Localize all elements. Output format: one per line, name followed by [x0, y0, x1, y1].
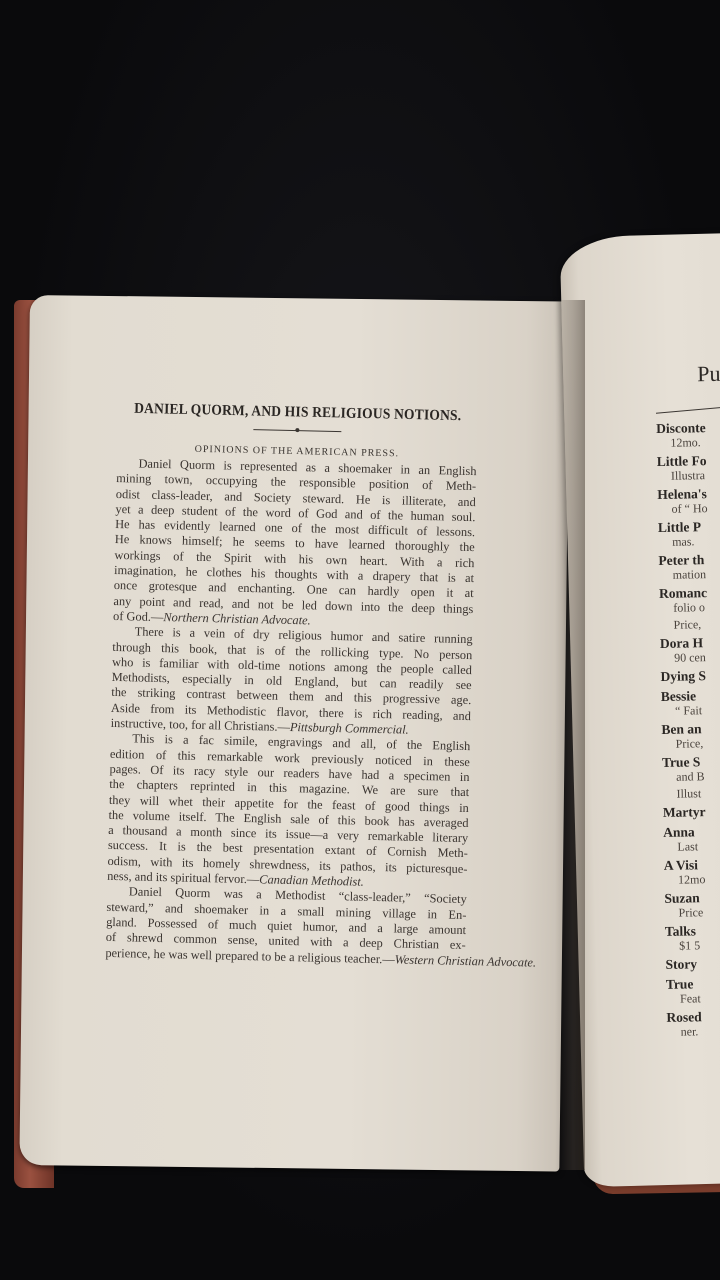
- book-list-entry: Dora H90 cen: [660, 635, 720, 665]
- entry-detail: ner.: [667, 1025, 720, 1039]
- entry-title: Rosed: [666, 1009, 720, 1026]
- book-list-entry: Story: [665, 956, 720, 973]
- citation-source: Pittsburgh Commercial.: [290, 720, 409, 737]
- entry-detail: Feat: [666, 992, 720, 1006]
- entry-detail: 90 cen: [660, 651, 720, 665]
- book-list-entry: Little FoIllustra: [657, 453, 720, 483]
- book-list-entry: Little Pmas.: [658, 519, 720, 549]
- entry-title: True: [666, 976, 720, 993]
- book-list-entry: Rosedner.: [666, 1009, 720, 1039]
- book-list-entry: Peter thmation: [658, 552, 720, 582]
- entry-detail: Price,: [662, 737, 720, 751]
- entry-detail: folio o: [659, 601, 720, 615]
- photo-scene: DANIEL QUORM, AND HIS RELIGIOUS NOTIONS.…: [0, 0, 720, 1280]
- entry-detail: “ Fait: [661, 704, 720, 718]
- entry-title: True S: [662, 754, 720, 771]
- book-list: Disconte12mo.Little FoIllustraHelena'sof…: [656, 420, 720, 1039]
- book-list-entry: SuzanPrice: [664, 890, 720, 920]
- entry-title: A Visi: [664, 857, 720, 874]
- book-list-entry: AnnaLast: [663, 824, 720, 854]
- review-paragraph: This is a fac simile, engravings and all…: [107, 731, 470, 892]
- review-paragraph: Daniel Quorm was a Methodist “class-lead…: [105, 884, 467, 969]
- book-list-entry: Romancfolio o: [659, 585, 720, 615]
- entry-title: Martyr: [663, 804, 720, 821]
- book-list-entry: Helena'sof “ Ho: [657, 486, 720, 516]
- book-list-entry: True Sand B: [662, 754, 720, 784]
- book-list-entry: A Visi12mo: [664, 857, 720, 887]
- entry-detail: Last: [663, 840, 720, 854]
- entry-detail: $1 5: [665, 939, 720, 953]
- entry-detail: Illust: [662, 787, 720, 801]
- ornament-rule: [253, 429, 341, 432]
- book-list-entry: Martyr: [663, 804, 720, 821]
- entry-title: Suzan: [664, 890, 720, 907]
- review-paragraph: There is a vein of dry religious humor a…: [110, 624, 472, 739]
- entry-detail: Illustra: [657, 469, 720, 483]
- entry-title: Talks: [665, 923, 720, 940]
- book-list-entry: Ben anPrice,: [661, 721, 720, 751]
- entry-title: Bessie: [661, 688, 720, 705]
- entry-title: Romanc: [659, 585, 720, 602]
- entry-detail: Price,: [659, 618, 720, 632]
- book-list-entry: Price,: [659, 618, 720, 632]
- entry-detail: 12mo.: [656, 436, 720, 450]
- entry-title: Dying S: [660, 668, 720, 685]
- entry-detail: of “ Ho: [657, 502, 720, 516]
- book-list-entry: Disconte12mo.: [656, 420, 720, 450]
- entry-title: Disconte: [656, 420, 720, 437]
- citation-source: Northern Christian Advocate.: [163, 610, 311, 627]
- entry-title: Helena's: [657, 486, 720, 503]
- entry-title: Anna: [663, 824, 720, 841]
- entry-detail: 12mo: [664, 873, 720, 887]
- entry-detail: Price: [665, 906, 720, 920]
- entry-detail: mation: [659, 568, 720, 582]
- right-page-text: Pu Disconte12mo.Little FoIllustraHelena'…: [655, 361, 720, 1043]
- right-page-heading: Pu: [697, 361, 720, 388]
- review-paragraphs: Daniel Quorm is represented as a shoemak…: [105, 456, 476, 969]
- book-gutter: [555, 300, 585, 1170]
- book-list-entry: TrueFeat: [666, 976, 720, 1006]
- entry-title: Ben an: [661, 721, 720, 738]
- citation-source: Canadian Methodist.: [259, 872, 364, 888]
- citation-source: Western Christian Advocate.: [395, 952, 537, 969]
- book-list-entry: Talks$1 5: [665, 923, 720, 953]
- book-list-entry: Illust: [662, 787, 720, 801]
- book-list-entry: Dying S: [660, 668, 720, 685]
- entry-title: Little P: [658, 519, 720, 536]
- left-page-text: DANIEL QUORM, AND HIS RELIGIOUS NOTIONS.…: [105, 400, 478, 969]
- entry-title: Story: [665, 956, 720, 973]
- heading-rule: [656, 406, 720, 414]
- entry-detail: and B: [662, 770, 720, 784]
- entry-detail: mas.: [658, 535, 720, 549]
- entry-title: Peter th: [658, 552, 720, 569]
- entry-title: Little Fo: [657, 453, 720, 470]
- entry-title: Dora H: [660, 635, 720, 652]
- review-paragraph: Daniel Quorm is represented as a shoemak…: [113, 456, 477, 632]
- book-list-entry: Bessie“ Fait: [661, 688, 720, 718]
